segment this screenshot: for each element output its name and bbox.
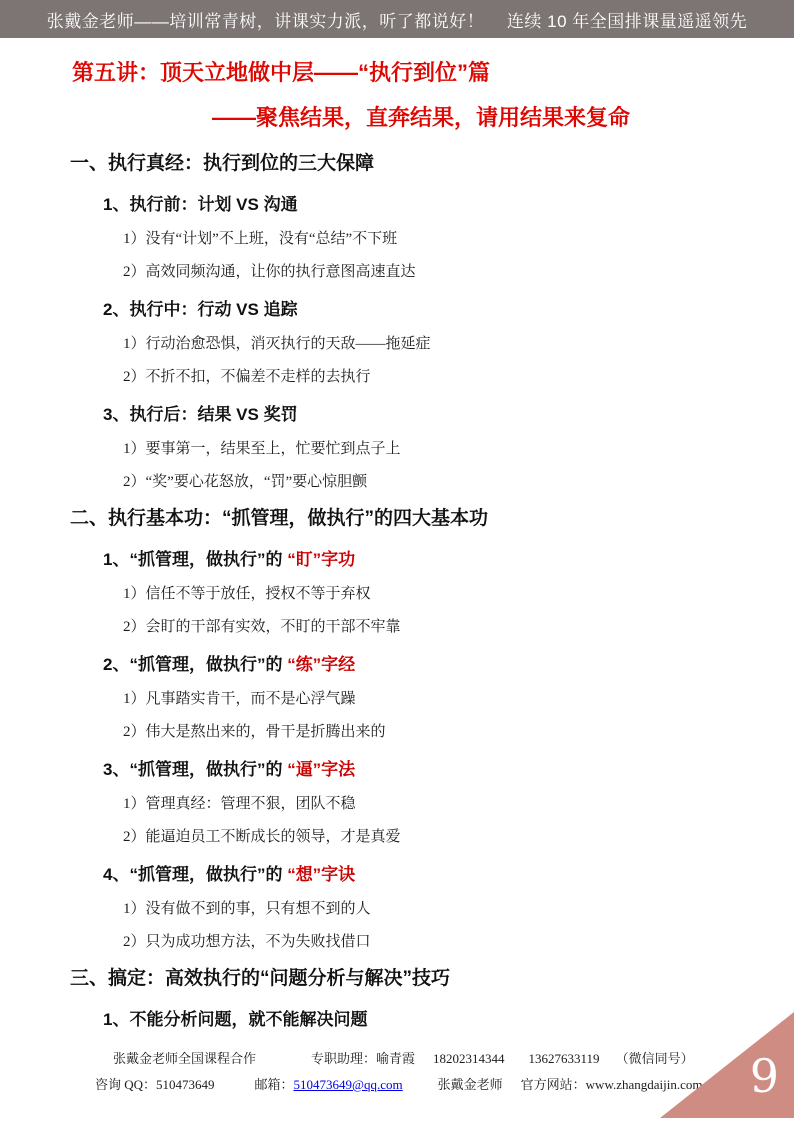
subsection-heading-1-1: 1、执行前：计划 VS 沟通 [103,192,794,217]
subsection-accent: “盯”字功 [287,550,355,569]
subsection-prefix: 1、执行前：计划 VS 沟通 [103,195,298,214]
outline-item: 2）伟大是熬出来的，骨干是折腾出来的 [123,721,794,743]
footer-cooperation: 张戴金老师全国课程合作 [113,1050,256,1068]
section-heading-1: 一、执行真经：执行到位的三大保障 [70,150,794,178]
footer-teacher-name: 张戴金老师 [438,1076,503,1094]
outline-item: 2）“奖”要心花怒放，“罚”要心惊胆颤 [123,471,794,493]
outline-item: 2）不折不扣，不偏差不走样的去执行 [123,366,794,388]
footer: 张戴金老师全国课程合作 专职助理：喻青霞 18202314344 1362763… [0,1050,794,1094]
subsection-heading-2-1: 1、“抓管理，做执行”的 “盯”字功 [103,547,794,572]
subsection-prefix: 1、不能分析问题，就不能解决问题 [103,1010,367,1029]
outline-item: 1）要事第一，结果至上，忙要忙到点子上 [123,438,794,460]
outline-item: 2）只为成功想方法，不为失败找借口 [123,931,794,953]
email-link[interactable]: 510473649@qq.com [294,1076,403,1094]
subsection-prefix: 2、执行中：行动 VS 追踪 [103,300,298,319]
header-banner-text: 张戴金老师——培训常青树，讲课实力派，听了都说好！ 连续 10 年全国排课量遥遥… [47,7,748,32]
footer-line2: 咨询 QQ：510473649 邮箱： 510473649@qq.com 张戴金… [0,1076,794,1094]
subsection-accent: “逼”字法 [287,760,355,779]
footer-assistant: 专职助理：喻青霞 [311,1050,415,1068]
outline-item: 1）没有做不到的事，只有想不到的人 [123,898,794,920]
footer-website: 官方网站：www.zhangdaijin.com [521,1076,703,1094]
footer-email-label: 邮箱： [255,1076,294,1094]
outline-item: 1）凡事踏实肯干，而不是心浮气躁 [123,688,794,710]
subsection-prefix: 2、“抓管理，做执行”的 [103,655,287,674]
subsection-heading-2-2: 2、“抓管理，做执行”的 “练”字经 [103,652,794,677]
outline-item: 1）行动治愈恐惧，消灭执行的天敌——拖延症 [123,333,794,355]
outline-item: 2）会盯的干部有实效，不盯的干部不牢靠 [123,616,794,638]
subsection-prefix: 1、“抓管理，做执行”的 [103,550,287,569]
outline-item: 1）管理真经：管理不狠，团队不稳 [123,793,794,815]
outline-item: 1）信任不等于放任，授权不等于弃权 [123,583,794,605]
section-heading-3: 三、搞定：高效执行的“问题分析与解决”技巧 [70,965,794,993]
subsection-heading-2-4: 4、“抓管理，做执行”的 “想”字诀 [103,862,794,887]
page-number: 9 [750,1053,779,1099]
course-title-line2: ——聚焦结果，直奔结果，请用结果来复命 [212,103,794,133]
subsection-heading-3-1: 1、不能分析问题，就不能解决问题 [103,1007,794,1032]
subsection-prefix: 3、“抓管理，做执行”的 [103,760,287,779]
footer-line1: 张戴金老师全国课程合作 专职助理：喻青霞 18202314344 1362763… [0,1050,794,1068]
section-heading-2: 二、执行基本功：“抓管理，做执行”的四大基本功 [70,505,794,533]
subsection-heading-1-2: 2、执行中：行动 VS 追踪 [103,297,794,322]
outline-item: 2）能逼迫员工不断成长的领导，才是真爱 [123,826,794,848]
footer-phone-1: 18202314344 [433,1050,505,1068]
footer-phone-2: 13627633119 [529,1050,600,1068]
header-banner: 张戴金老师——培训常青树，讲课实力派，听了都说好！ 连续 10 年全国排课量遥遥… [0,0,794,38]
outline-item: 2）高效同频沟通，让你的执行意图高速直达 [123,261,794,283]
course-title-line1: 第五讲：顶天立地做中层——“执行到位”篇 [72,58,794,88]
subsection-accent: “练”字经 [287,655,355,674]
outline-item: 1）没有“计划”不上班，没有“总结”不下班 [123,228,794,250]
footer-qq: 咨询 QQ：510473649 [95,1076,215,1094]
footer-wechat-note: （微信同号） [616,1050,694,1068]
subsection-prefix: 3、执行后：结果 VS 奖罚 [103,405,298,424]
subsection-heading-2-3: 3、“抓管理，做执行”的 “逼”字法 [103,757,794,782]
subsection-heading-1-3: 3、执行后：结果 VS 奖罚 [103,402,794,427]
subsection-prefix: 4、“抓管理，做执行”的 [103,865,287,884]
document-page: 张戴金老师——培训常青树，讲课实力派，听了都说好！ 连续 10 年全国排课量遥遥… [0,0,794,1123]
subsection-accent: “想”字诀 [287,865,355,884]
